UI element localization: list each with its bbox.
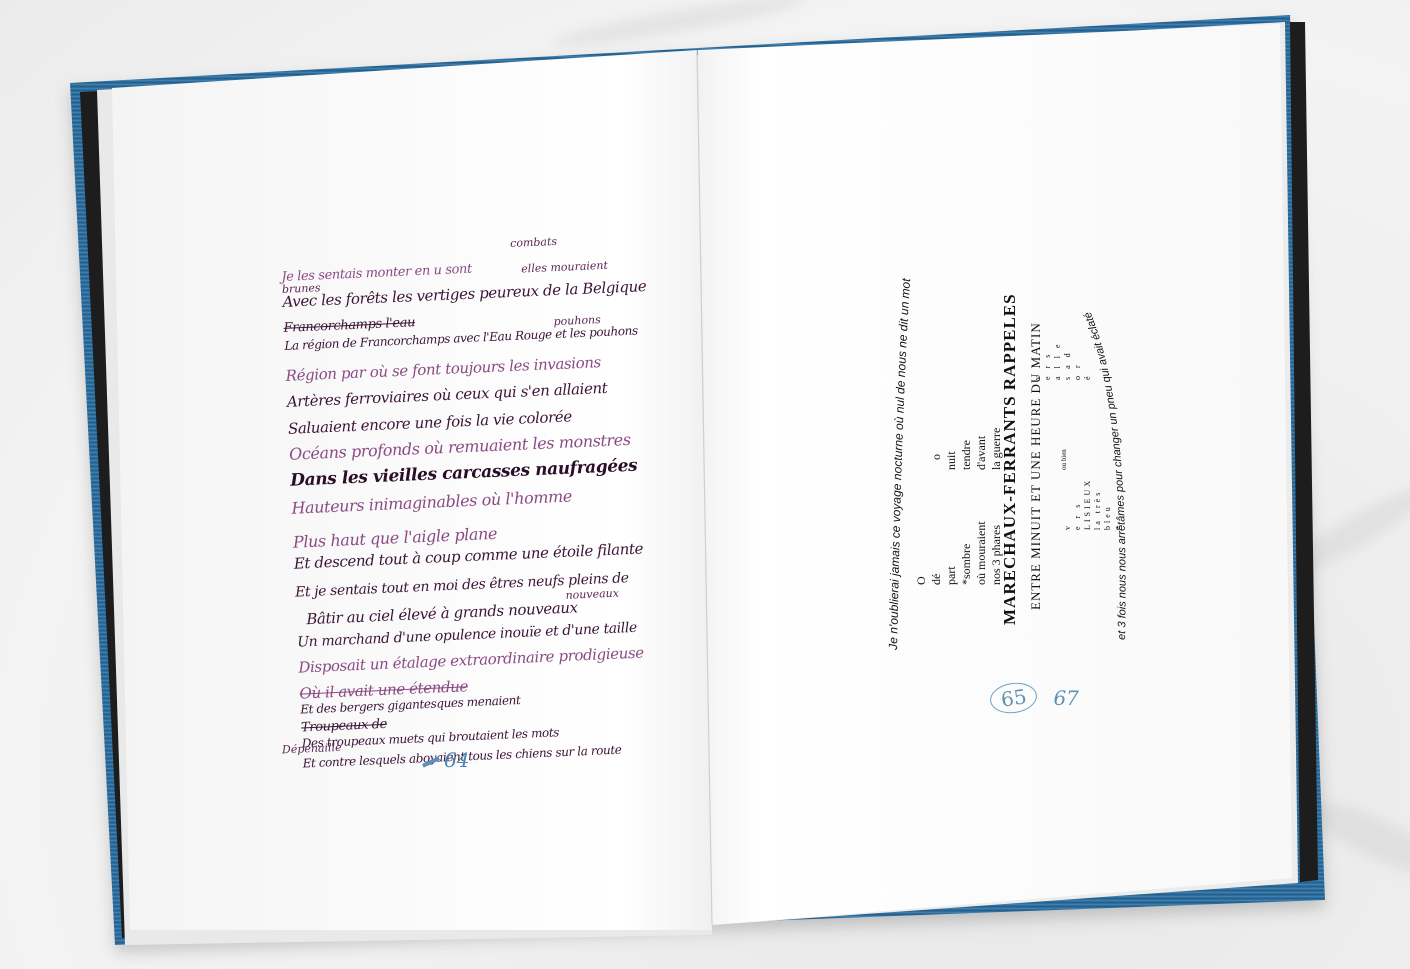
- svg-text:o r: o r: [1073, 362, 1082, 380]
- svg-text:e: e: [1113, 523, 1122, 530]
- svg-text:tendre: tendre: [959, 440, 973, 470]
- page-number-alt: 67: [1053, 686, 1078, 710]
- small-text-ou-bien: ou bien: [1060, 449, 1068, 470]
- svg-text:*sombre: *sombre: [959, 544, 973, 585]
- arc-text-outer: Je n'oublierai jamais ce voyage nocturne…: [886, 277, 913, 651]
- lisieux-figure: v e r s LISIEUX la très bleu e: [1063, 478, 1122, 530]
- svg-text:o: o: [929, 454, 943, 460]
- arc-text-inner: et 3 fois nous nous arrêtâmes pour chang…: [1082, 310, 1129, 640]
- svg-text:ou bien: ou bien: [1060, 449, 1068, 470]
- svg-text:ENTRE MINUIT ET UNE HEURE DU M: ENTRE MINUIT ET UNE HEURE DU MATIN: [1028, 322, 1043, 610]
- page-number-right: 6567: [990, 683, 1079, 713]
- svg-text:v: v: [1063, 523, 1072, 530]
- svg-text:v: v: [1033, 373, 1042, 380]
- page-number-circled: 65: [988, 680, 1039, 716]
- svg-text:a l l e: a l l e: [1053, 341, 1062, 380]
- column-words-1: O dé part *sombre où mouraient nos 3 pha…: [914, 521, 1003, 585]
- svg-text:s a d: s a d: [1063, 350, 1072, 380]
- column-words-2: o nuit tendre d'avant la guerre: [929, 428, 1003, 470]
- svg-text:MARECHAUX-FERRANTS RAPPELES: MARECHAUX-FERRANTS RAPPELES: [1000, 293, 1019, 625]
- heading-marechaux: MARECHAUX-FERRANTS RAPPELES: [1000, 293, 1019, 625]
- calligramme: Je n'oublierai jamais ce voyage nocturne…: [0, 0, 1410, 969]
- svg-text:la très: la très: [1093, 490, 1102, 530]
- svg-text:LISIEUX: LISIEUX: [1083, 478, 1092, 530]
- svg-text:bleu: bleu: [1103, 504, 1112, 530]
- svg-text:part: part: [944, 566, 958, 585]
- heading-entre-minuit: ENTRE MINUIT ET UNE HEURE DU MATIN: [1028, 322, 1043, 610]
- svg-text:e r s: e r s: [1043, 352, 1052, 380]
- svg-text:O: O: [914, 576, 928, 585]
- svg-text:où mouraient: où mouraient: [974, 521, 988, 585]
- svg-text:d'avant: d'avant: [974, 435, 988, 470]
- svg-text:nuit: nuit: [944, 451, 958, 470]
- svg-text:e r s: e r s: [1073, 502, 1082, 530]
- svg-text:dé: dé: [929, 574, 943, 585]
- right-page-content: Je n'oublierai jamais ce voyage nocturne…: [0, 0, 1410, 969]
- svg-text:é: é: [1083, 373, 1092, 380]
